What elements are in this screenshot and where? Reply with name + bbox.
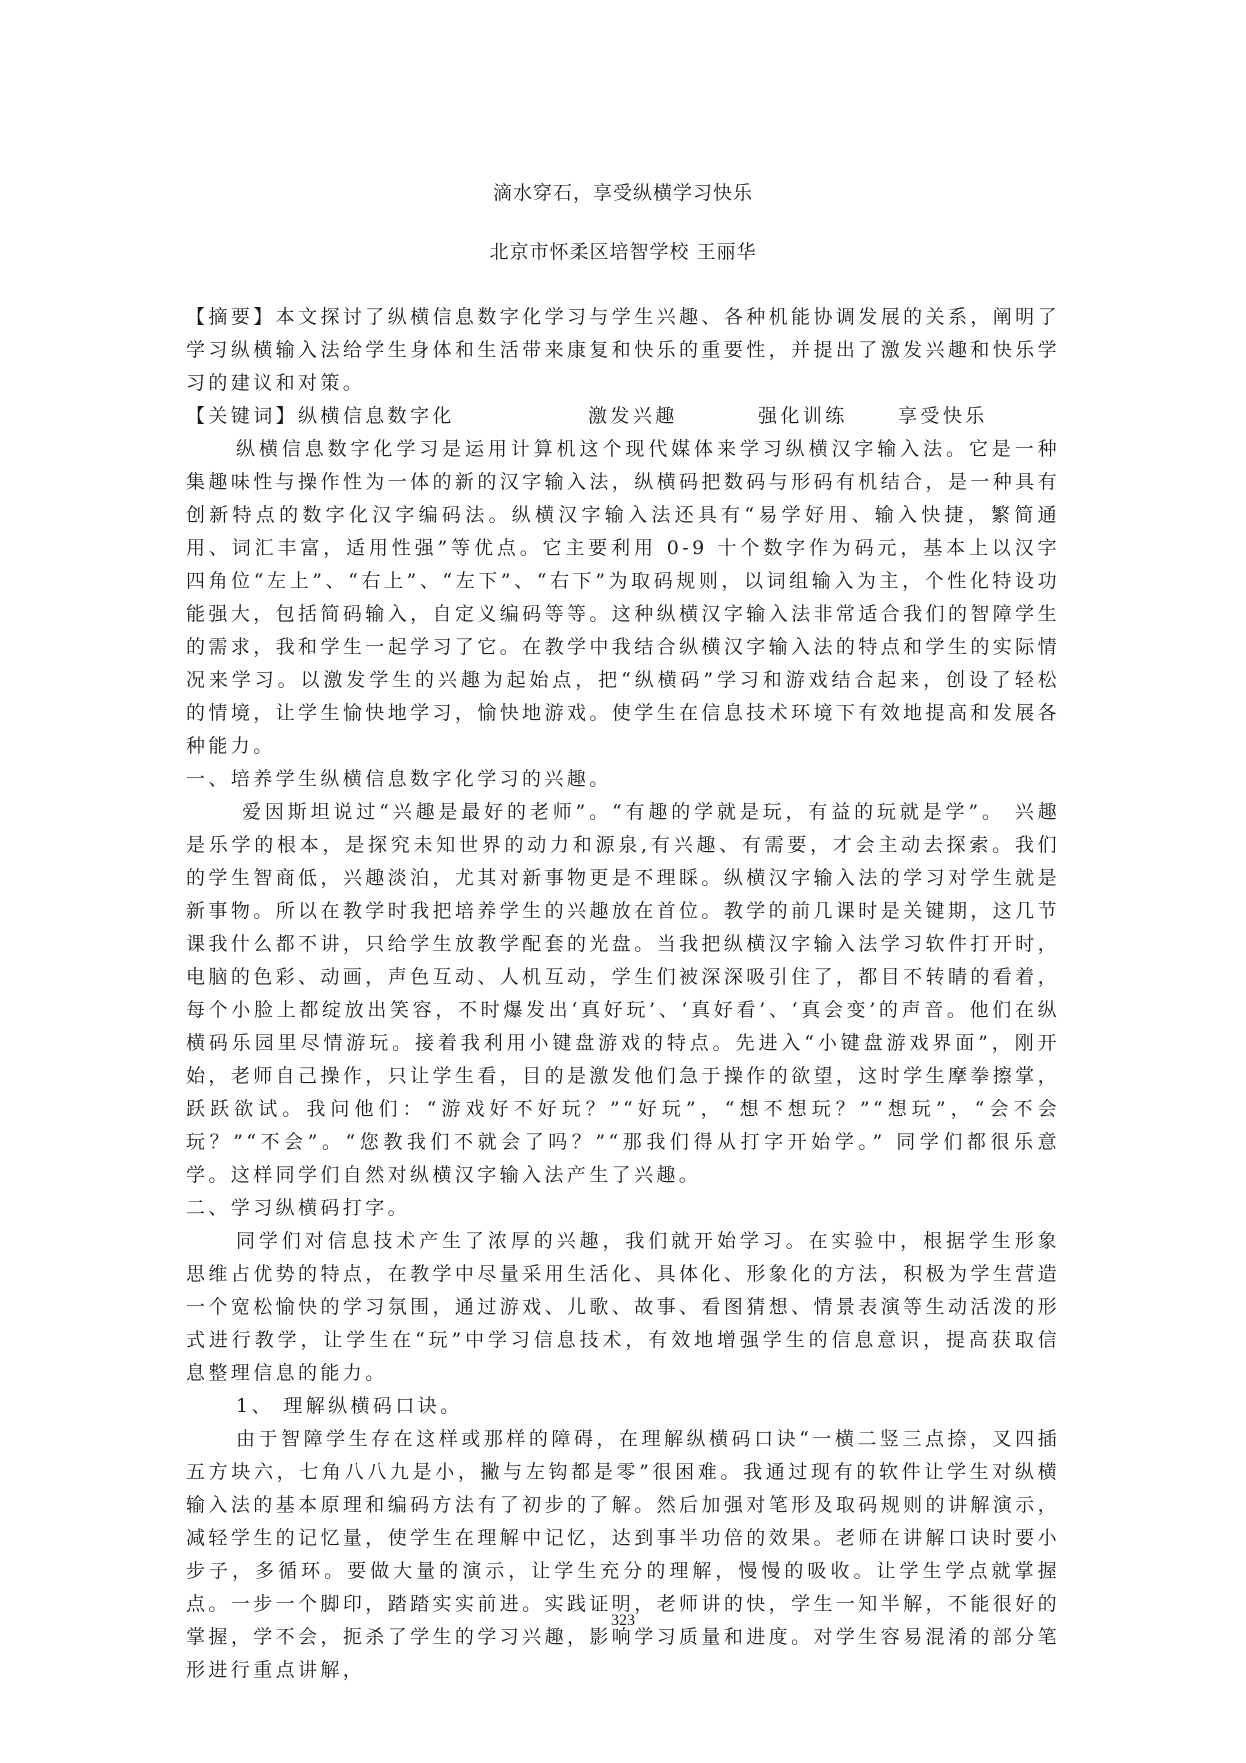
page-number: 323 xyxy=(0,1612,1246,1630)
section-heading: 二、学习纵横码打字。 xyxy=(186,1192,1060,1225)
abstract: 【摘要】本文探讨了纵横信息数字化学习与学生兴趣、各种机能协调发展的关系，阐明了学… xyxy=(186,301,1060,400)
section-paragraph: 爱因斯坦说过“兴趣是最好的老师”。“有趣的学就是玩，有益的玩就是学”。 兴趣是乐… xyxy=(186,796,1060,1192)
document-page: 滴水穿石，享受纵横学习快乐 北京市怀柔区培智学校 王丽华 【摘要】本文探讨了纵横… xyxy=(0,0,1246,1763)
keywords: 【关键词】 纵横信息数字化 激发兴趣 强化训练 享受快乐 xyxy=(186,400,1060,433)
document-body: 【摘要】本文探讨了纵横信息数字化学习与学生兴趣、各种机能协调发展的关系，阐明了学… xyxy=(186,301,1060,1687)
keyword: 享受快乐 xyxy=(898,400,988,433)
intro-paragraph: 纵横信息数字化学习是运用计算机这个现代媒体来学习纵横汉字输入法。它是一种集趣味性… xyxy=(186,433,1060,763)
keyword: 激发兴趣 xyxy=(588,400,758,433)
author-byline: 北京市怀柔区培智学校 王丽华 xyxy=(0,237,1246,267)
section-heading: 一、培养学生纵横信息数字化学习的兴趣。 xyxy=(186,763,1060,796)
keyword: 强化训练 xyxy=(758,400,898,433)
subsection-heading: 1、 理解纵横码口诀。 xyxy=(186,1390,1060,1423)
document-title: 滴水穿石，享受纵横学习快乐 xyxy=(0,178,1246,208)
subsection-paragraph: 由于智障学生存在这样或那样的障碍，在理解纵横码口诀“一横二竖三点捺，叉四插五方块… xyxy=(186,1423,1060,1687)
section-paragraph: 同学们对信息技术产生了浓厚的兴趣，我们就开始学习。在实验中，根据学生形象思维占优… xyxy=(186,1225,1060,1390)
keywords-label: 【关键词】 xyxy=(186,400,298,433)
keyword: 纵横信息数字化 xyxy=(298,400,588,433)
